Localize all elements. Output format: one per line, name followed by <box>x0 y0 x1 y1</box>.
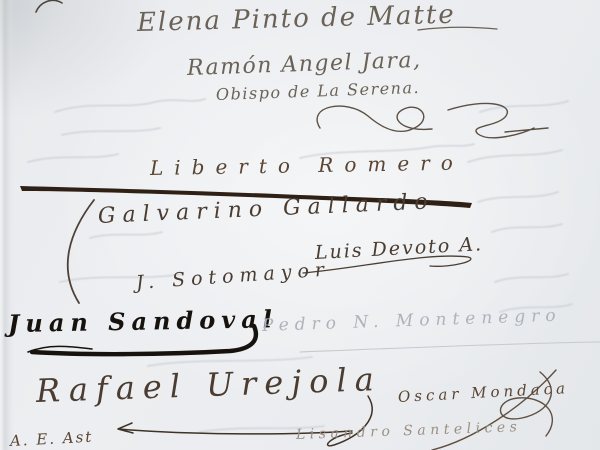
signature-liberto-romero: Liberto Romero <box>150 153 464 178</box>
gallardo-opening-paren <box>68 200 94 303</box>
signature-juan-sandoval: Juan Sandoval <box>8 307 278 336</box>
top-left-mark <box>36 0 62 12</box>
montenegro-trailing-line <box>300 342 600 352</box>
signature-elena-pinto-de-matte: Elena Pinto de Matte <box>137 2 456 36</box>
signature-partial-bottom-left: A. E. Ast <box>10 430 94 449</box>
jara-paraph-flourish <box>317 103 548 137</box>
manuscript-page: Elena Pinto de Matte Ramón Angel Jara, O… <box>0 0 600 450</box>
